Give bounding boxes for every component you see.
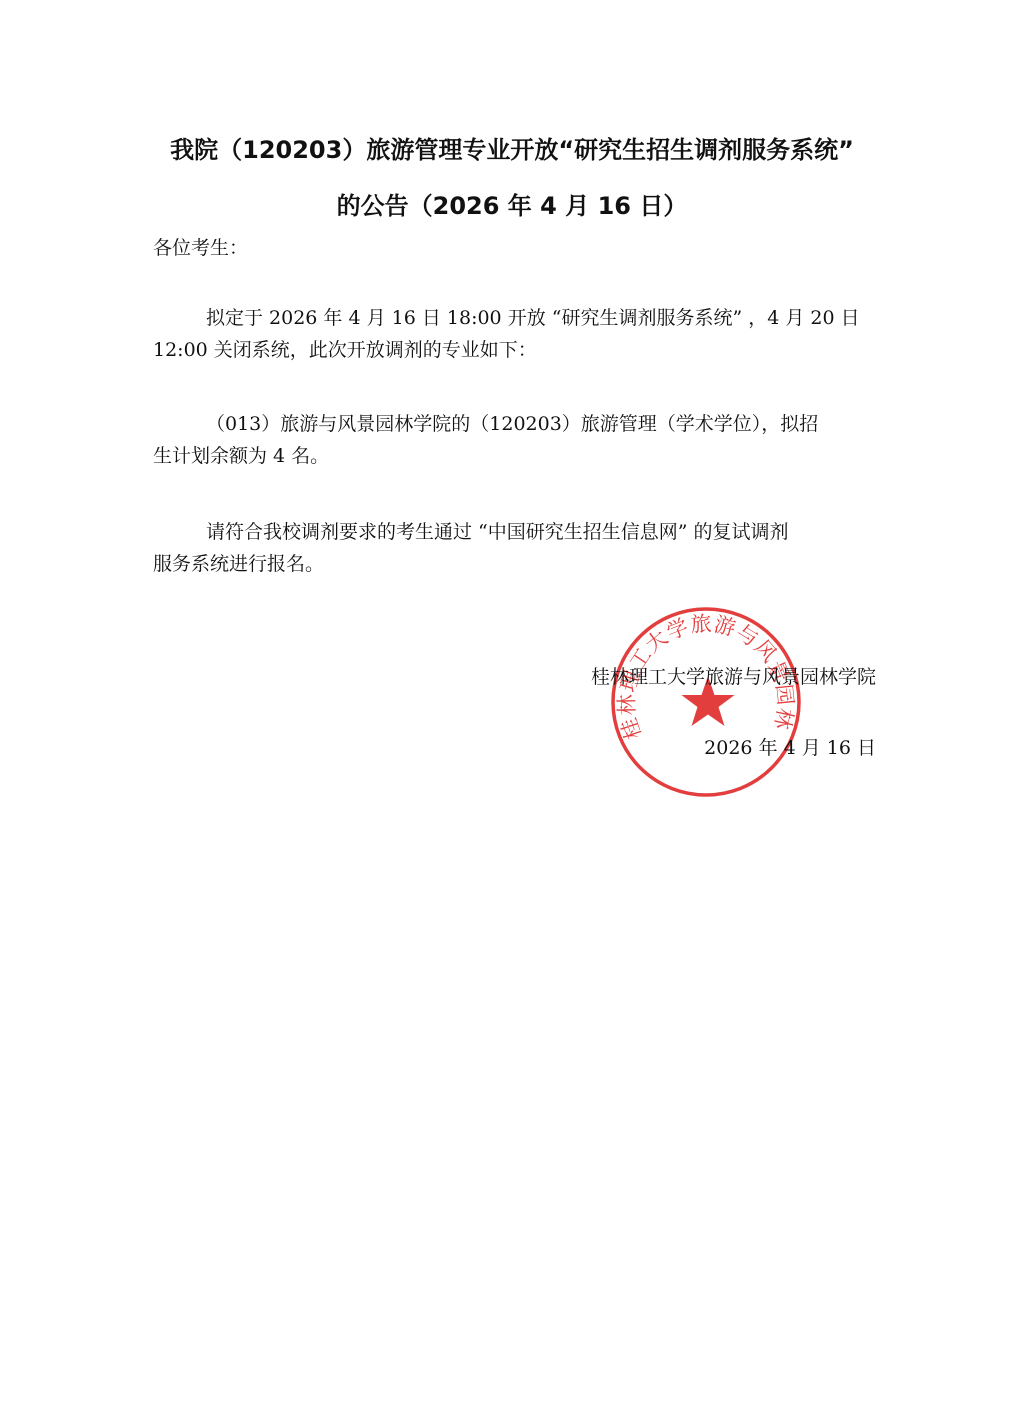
paragraph-line: 12:00 关闭系统，此次开放调剂的专业如下： [153,334,873,366]
paragraph-line: 服务系统进行报名。 [153,548,873,580]
paragraph-line: 生计划余额为 4 名。 [153,440,873,472]
paragraph-program: （013）旅游与风景园林学院的（120203）旅游管理（学术学位），拟招 生计划… [153,408,873,472]
official-seal-icon: 桂林理工大学旅游与风景园林学院 [608,604,804,800]
paragraph-line: 拟定于 2026 年 4 月 16 日 18:00 开放 “研究生调剂服务系统”… [153,302,873,334]
document-page: 我院（120203）旅游管理专业开放“研究生招生调剂服务系统” 的公告（2026… [0,0,1024,1422]
paragraph-instructions: 请符合我校调剂要求的考生通过 “中国研究生招生信息网” 的复试调剂 服务系统进行… [153,516,873,580]
paragraph-schedule: 拟定于 2026 年 4 月 16 日 18:00 开放 “研究生调剂服务系统”… [153,302,873,366]
announcement-title-line-1: 我院（120203）旅游管理专业开放“研究生招生调剂服务系统” [0,130,1024,165]
announcement-title-line-2: 的公告（2026 年 4 月 16 日） [0,186,1024,221]
paragraph-line: （013）旅游与风景园林学院的（120203）旅游管理（学术学位），拟招 [153,408,873,440]
paragraph-line: 请符合我校调剂要求的考生通过 “中国研究生招生信息网” 的复试调剂 [153,516,873,548]
signature-date: 2026 年 4 月 16 日 [704,733,876,760]
signature-organization: 桂林理工大学旅游与风景园林学院 [591,662,876,689]
salutation: 各位考生： [153,232,248,264]
